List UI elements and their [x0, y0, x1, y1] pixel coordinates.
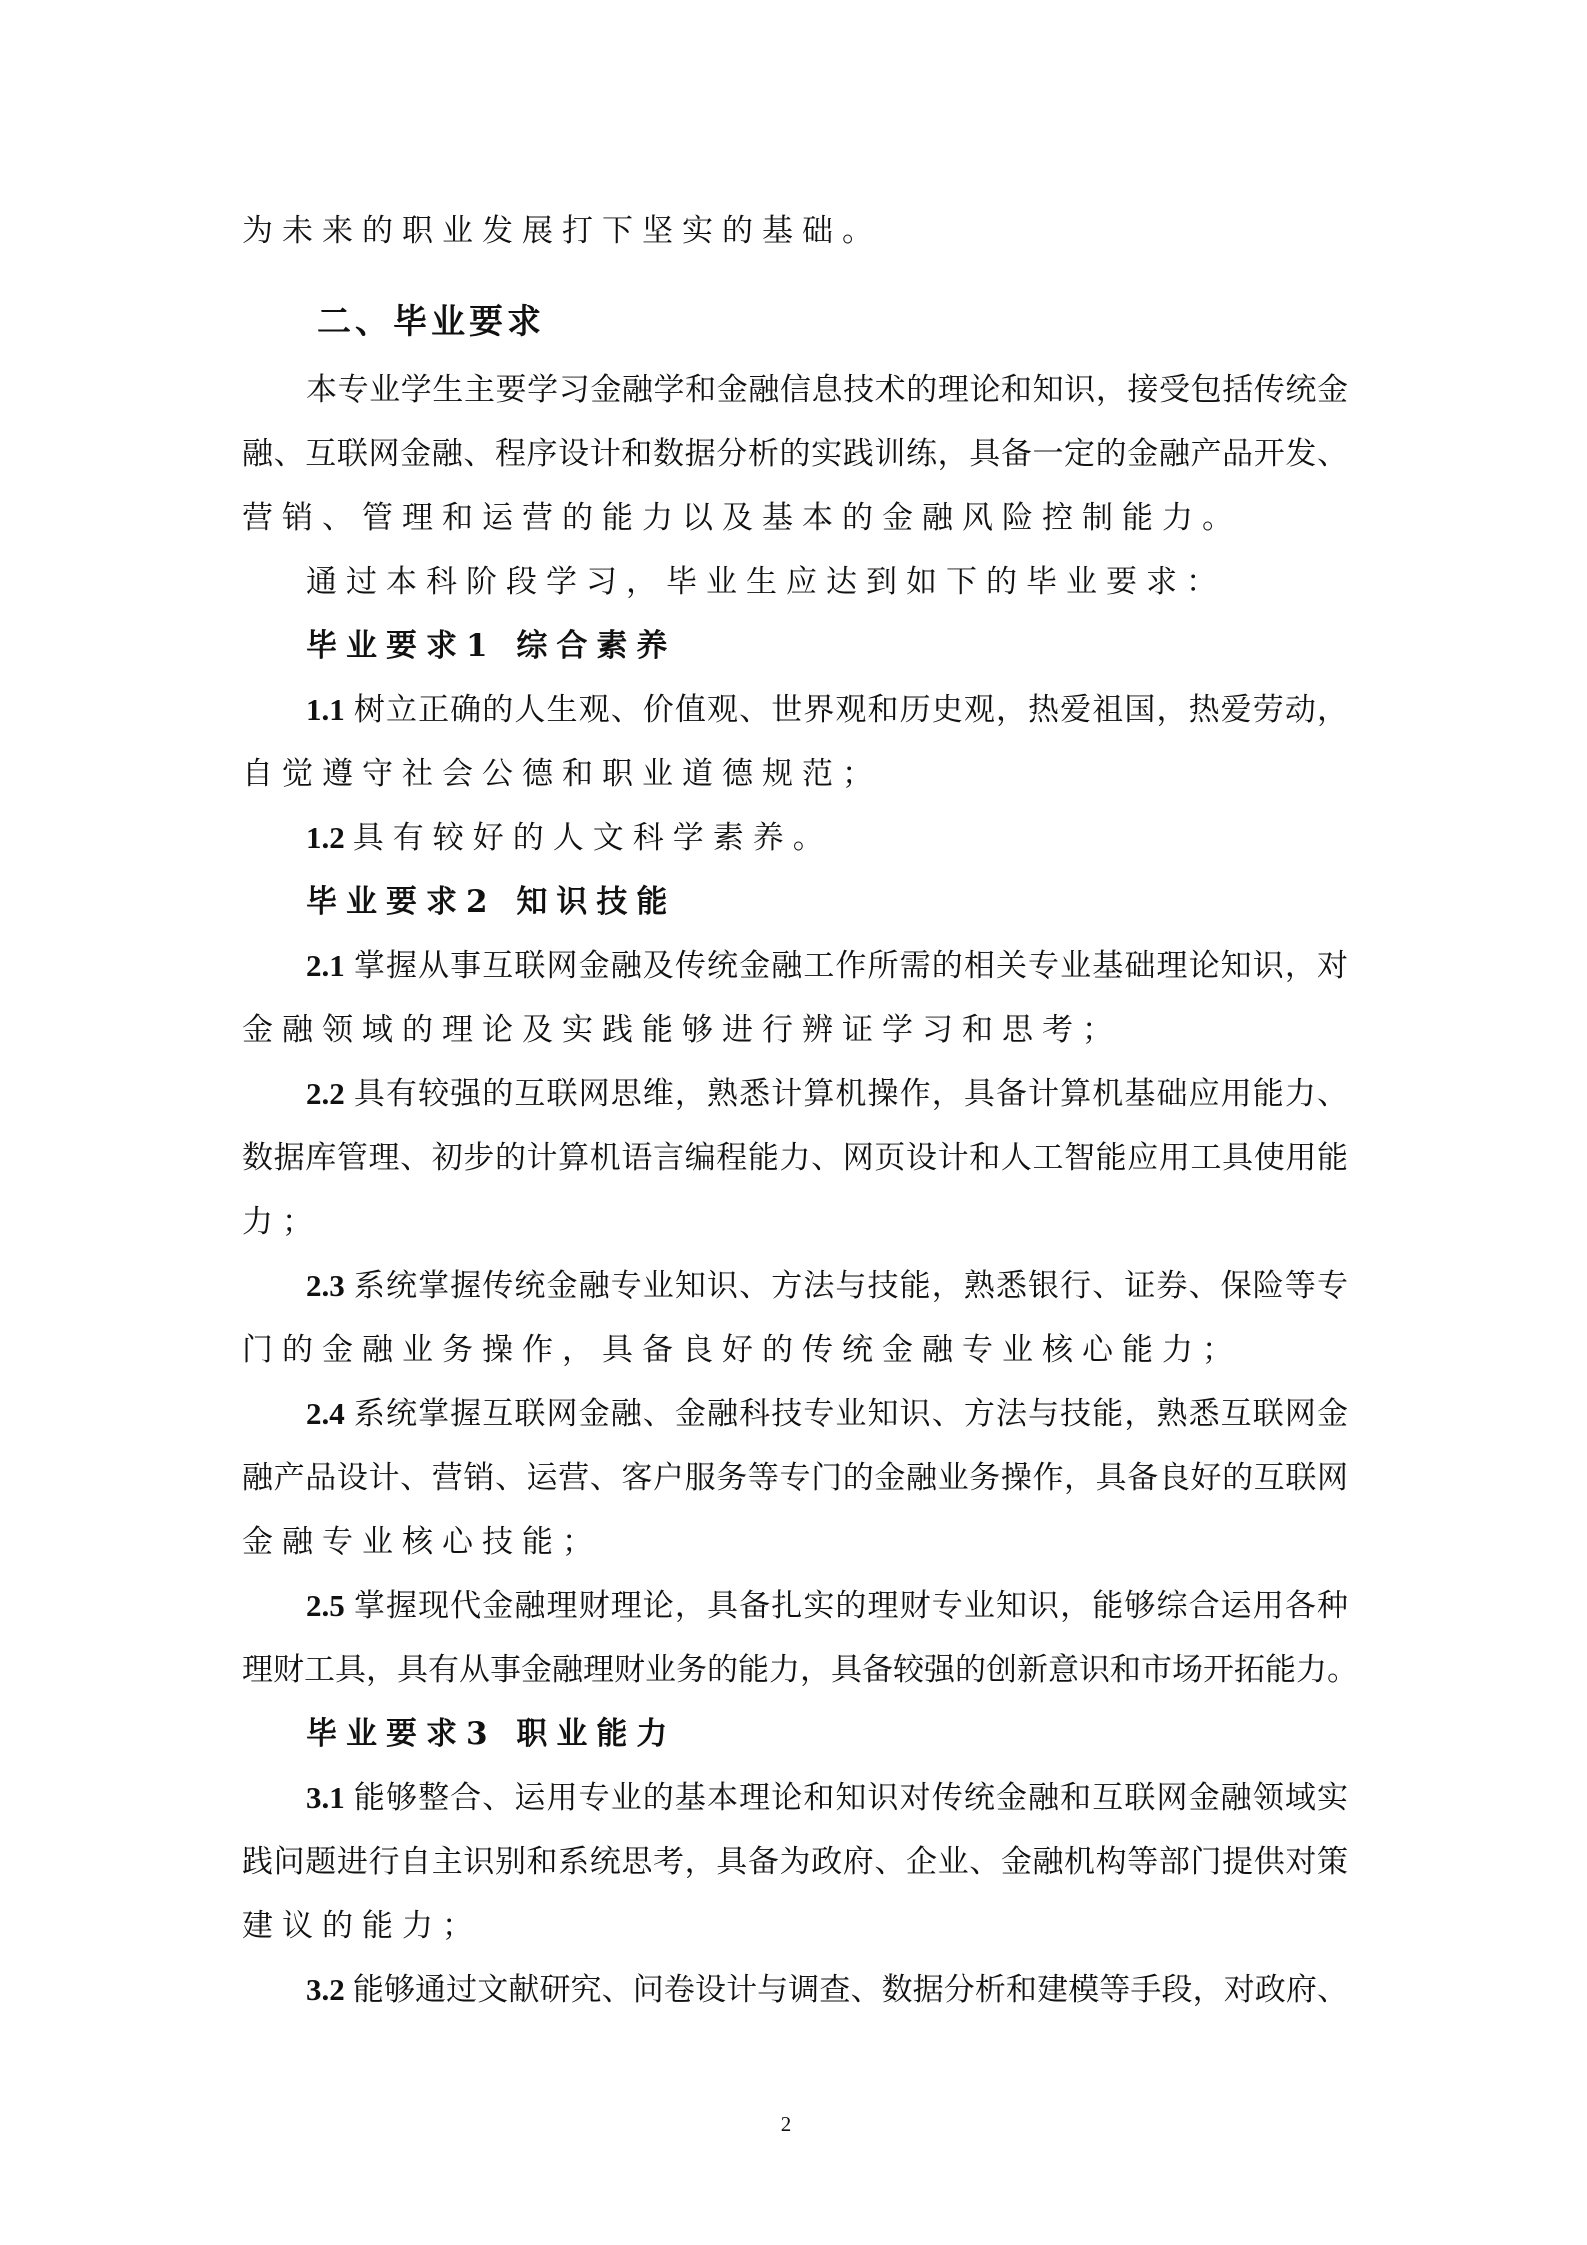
lead-in-line: 通过本科阶段学习，毕业生应达到如下的毕业要求：	[306, 550, 1348, 614]
page-number: 2	[776, 2112, 796, 2137]
item-2-2-line-1: 2.2具有较强的互联网思维，熟悉计算机操作，具备计算机基础应用能力、	[306, 1062, 1348, 1126]
item-text: 能够通过文献研究、问卷设计与调查、数据分析和建模等手段，对政府、	[353, 1972, 1348, 2008]
item-number: 3.1	[306, 1780, 345, 1815]
item-2-4-line-3: 金融专业核心技能；	[242, 1510, 1348, 1574]
overview-line-3: 营销、管理和运营的能力以及基本的金融风险控制能力。	[242, 486, 1348, 550]
item-number: 3.2	[306, 1972, 345, 2007]
section-heading: 二、毕业要求	[317, 290, 545, 354]
item-text: 能够整合、运用专业的基本理论和知识对传统金融和互联网金融领域实	[353, 1780, 1348, 1816]
item-2-3-line-1: 2.3系统掌握传统金融专业知识、方法与技能，熟悉银行、证券、保险等专	[306, 1254, 1348, 1318]
item-number: 2.2	[306, 1076, 345, 1111]
item-2-4-line-1: 2.4系统掌握互联网金融、金融科技专业知识、方法与技能，熟悉互联网金	[306, 1382, 1348, 1446]
item-text: 系统掌握传统金融专业知识、方法与技能，熟悉银行、证券、保险等专	[353, 1268, 1348, 1304]
item-text: 具有较好的人文科学素养。	[353, 820, 833, 856]
item-text: 具有较强的互联网思维，熟悉计算机操作，具备计算机基础应用能力、	[353, 1076, 1348, 1112]
item-number: 2.5	[306, 1588, 345, 1623]
item-text: 系统掌握互联网金融、金融科技专业知识、方法与技能，熟悉互联网金	[353, 1396, 1348, 1432]
intro-tail-line: 为未来的职业发展打下坚实的基础。	[242, 199, 1348, 263]
item-2-1-line-1: 2.1掌握从事互联网金融及传统金融工作所需的相关专业基础理论知识，对	[306, 934, 1348, 998]
item-2-2-line-3: 力；	[242, 1190, 1348, 1254]
overview-line-1: 本专业学生主要学习金融学和金融信息技术的理论和知识，接受包括传统金	[306, 358, 1348, 422]
requirement-1-title: 毕业要求1 综合素养	[306, 614, 1348, 678]
item-2-3-line-2: 门的金融业务操作，具备良好的传统金融专业核心能力；	[242, 1318, 1348, 1382]
overview-line-2: 融、互联网金融、程序设计和数据分析的实践训练，具备一定的金融产品开发、	[242, 422, 1348, 486]
item-number: 2.3	[306, 1268, 345, 1303]
item-text: 掌握现代金融理财理论，具备扎实的理财专业知识，能够综合运用各种	[353, 1588, 1348, 1624]
item-3-1-line-1: 3.1能够整合、运用专业的基本理论和知识对传统金融和互联网金融领域实	[306, 1766, 1348, 1830]
requirement-2-title: 毕业要求2 知识技能	[306, 870, 1348, 934]
item-2-5-line-1: 2.5掌握现代金融理财理论，具备扎实的理财专业知识，能够综合运用各种	[306, 1574, 1348, 1638]
requirement-3-title: 毕业要求3 职业能力	[306, 1702, 1348, 1766]
item-2-4-line-2: 融产品设计、营销、运营、客户服务等专门的金融业务操作，具备良好的互联网	[242, 1446, 1348, 1510]
item-1-1-line-2: 自觉遵守社会公德和职业道德规范；	[242, 742, 1348, 806]
item-1-2-line-1: 1.2具有较好的人文科学素养。	[306, 806, 1348, 870]
item-number: 2.4	[306, 1396, 345, 1431]
item-3-1-line-3: 建议的能力；	[242, 1894, 1348, 1958]
item-3-2-line-1: 3.2能够通过文献研究、问卷设计与调查、数据分析和建模等手段，对政府、	[306, 1958, 1348, 2022]
item-2-5-line-2: 理财工具，具有从事金融理财业务的能力，具备较强的创新意识和市场开拓能力。	[242, 1638, 1348, 1702]
item-3-1-line-2: 践问题进行自主识别和系统思考，具备为政府、企业、金融机构等部门提供对策	[242, 1830, 1348, 1894]
item-text: 掌握从事互联网金融及传统金融工作所需的相关专业基础理论知识，对	[353, 948, 1348, 984]
item-number: 2.1	[306, 948, 345, 983]
item-2-1-line-2: 金融领域的理论及实践能够进行辨证学习和思考；	[242, 998, 1348, 1062]
item-2-2-line-2: 数据库管理、初步的计算机语言编程能力、网页设计和人工智能应用工具使用能	[242, 1126, 1348, 1190]
item-1-1-line-1: 1.1树立正确的人生观、价值观、世界观和历史观，热爱祖国，热爱劳动，	[306, 678, 1348, 742]
item-number: 1.1	[306, 692, 345, 727]
item-text: 树立正确的人生观、价值观、世界观和历史观，热爱祖国，热爱劳动，	[353, 692, 1348, 728]
document-page: 为未来的职业发展打下坚实的基础。 二、毕业要求 本专业学生主要学习金融学和金融信…	[0, 0, 1587, 2245]
item-number: 1.2	[306, 820, 345, 855]
